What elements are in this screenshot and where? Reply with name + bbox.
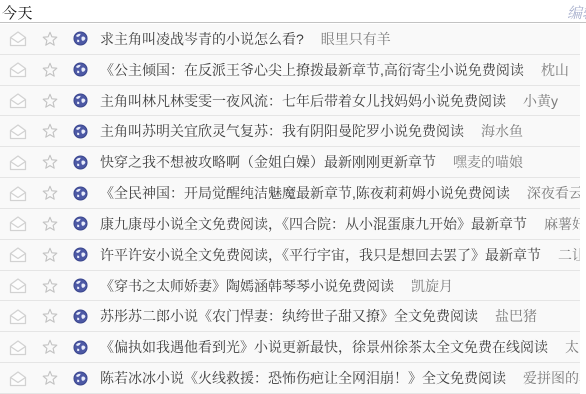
entry-title[interactable]: 《公主倾国：在反派王爷心尖上撩拨最新章节,高衍寄尘小说免费阅读 [100, 60, 524, 80]
history-row[interactable]: 《公主倾国：在反派王爷心尖上撩拨最新章节,高衍寄尘小说免费阅读 枕山 [0, 55, 580, 86]
envelope-icon [8, 370, 28, 387]
entry-author: 太阳的小 [565, 337, 580, 357]
entry-author: 眼里只有羊 [321, 29, 391, 49]
envelope-icon [8, 61, 28, 78]
star-icon[interactable] [42, 370, 58, 386]
star-icon[interactable] [42, 93, 58, 109]
globe-icon [73, 124, 88, 139]
entry-title[interactable]: 快穿之我不想被攻略啊（金姐白嬠）最新刚刚更新章节 [100, 152, 436, 172]
history-row[interactable]: 快穿之我不想被攻略啊（金姐白嬠）最新刚刚更新章节 嘿麦的喵娘 [0, 147, 580, 178]
star-icon[interactable] [42, 339, 58, 355]
history-header: 今天 编辑 [0, 0, 586, 23]
globe-icon [73, 278, 88, 293]
entry-title[interactable]: 《偏执如我遇他看到光》小说更新最快，徐景州徐茶太全文免费在线阅读 [100, 337, 548, 357]
envelope-icon [8, 246, 28, 263]
globe-icon [73, 340, 88, 355]
entry-title[interactable]: 苏彤苏二郎小说《农门悍妻：纨绔世子甜又撩》全文免费阅读 [100, 306, 478, 326]
star-icon[interactable] [42, 123, 58, 139]
envelope-icon [8, 308, 28, 325]
star-icon[interactable] [42, 185, 58, 201]
entry-author: 深夜看云 [527, 183, 580, 203]
globe-icon [73, 309, 88, 324]
history-row[interactable]: 《穿书之太师娇妻》陶嫣涵韩琴琴小说免费阅读 凯旋月 [0, 271, 580, 302]
envelope-icon [8, 277, 28, 294]
entry-title[interactable]: 康九康母小说全文免费阅读，《四合院：从小混蛋康九开始》最新章节 [100, 214, 527, 234]
entry-author: 嘿麦的喵娘 [453, 152, 523, 172]
star-icon[interactable] [42, 216, 58, 232]
history-row[interactable]: 《偏执如我遇他看到光》小说更新最快，徐景州徐茶太全文免费在线阅读 太阳的小 [0, 332, 580, 363]
envelope-icon [8, 185, 28, 202]
history-row[interactable]: 苏彤苏二郎小说《农门悍妻：纨绔世子甜又撩》全文免费阅读 盐巴猪 [0, 301, 580, 332]
history-row[interactable]: 主角叫苏明关宜欣灵气复苏：我有阴阳曼陀罗小说免费阅读 海水鱼 [0, 116, 580, 147]
globe-icon [73, 371, 88, 386]
star-icon[interactable] [42, 31, 58, 47]
history-panel: 今天 编辑 [0, 0, 586, 394]
entry-author: 二让 [558, 245, 580, 265]
section-title-today: 今天 [2, 2, 33, 23]
history-row[interactable]: 许平许安小说全文免费阅读，《平行宇宙，我只是想回去罢了》最新章节 二让 [0, 240, 580, 271]
globe-icon [73, 93, 88, 108]
star-icon[interactable] [42, 278, 58, 294]
entry-title[interactable]: 主角叫林凡林雯雯一夜风流：七年后带着女儿找妈妈小说免费阅读 [100, 91, 506, 111]
entry-author: 小黄y [523, 91, 558, 111]
entry-author: 海水鱼 [481, 121, 523, 141]
star-icon[interactable] [42, 308, 58, 324]
history-row[interactable]: 主角叫林凡林雯雯一夜风流：七年后带着女儿找妈妈小说免费阅读 小黄y [0, 86, 580, 117]
history-row[interactable]: 陈若冰冰小说《火线救援：恐怖伤疤让全网泪崩！》全文免费阅读 爱拼图的小车 [0, 363, 580, 394]
globe-icon [73, 155, 88, 170]
globe-icon [73, 186, 88, 201]
history-list: 求主角叫凌战岑青的小说怎么看? 眼里只有羊 [0, 24, 580, 394]
globe-icon [73, 216, 88, 231]
star-icon[interactable] [42, 62, 58, 78]
globe-icon [73, 62, 88, 77]
envelope-icon [8, 339, 28, 356]
history-row[interactable]: 康九康母小说全文免费阅读，《四合院：从小混蛋康九开始》最新章节 麻薯好黑 [0, 209, 580, 240]
edit-link[interactable]: 编辑 [567, 2, 586, 23]
star-icon[interactable] [42, 247, 58, 263]
entry-title[interactable]: 许平许安小说全文免费阅读，《平行宇宙，我只是想回去罢了》最新章节 [100, 245, 541, 265]
entry-author: 爱拼图的小车 [523, 368, 580, 388]
entry-title[interactable]: 《全民神国：开局觉醒纯洁魅魔最新章节,陈夜莉莉姆小说免费阅读 [100, 183, 510, 203]
entry-title[interactable]: 主角叫苏明关宜欣灵气复苏：我有阴阳曼陀罗小说免费阅读 [100, 121, 464, 141]
entry-author: 麻薯好黑 [544, 214, 580, 234]
globe-icon [73, 247, 88, 262]
entry-title[interactable]: 陈若冰冰小说《火线救援：恐怖伤疤让全网泪崩！》全文免费阅读 [100, 368, 506, 388]
entry-title[interactable]: 求主角叫凌战岑青的小说怎么看? [100, 29, 304, 49]
entry-author: 枕山 [541, 60, 569, 80]
entry-author: 盐巴猪 [495, 306, 537, 326]
globe-icon [73, 31, 88, 46]
star-icon[interactable] [42, 154, 58, 170]
envelope-icon [8, 30, 28, 47]
history-row[interactable]: 求主角叫凌战岑青的小说怎么看? 眼里只有羊 [0, 24, 580, 55]
entry-author: 凯旋月 [411, 276, 453, 296]
envelope-icon [8, 92, 28, 109]
history-row[interactable]: 《全民神国：开局觉醒纯洁魅魔最新章节,陈夜莉莉姆小说免费阅读 深夜看云 [0, 178, 580, 209]
entry-title[interactable]: 《穿书之太师娇妻》陶嫣涵韩琴琴小说免费阅读 [100, 276, 394, 296]
envelope-icon [8, 123, 28, 140]
envelope-icon [8, 154, 28, 171]
envelope-icon [8, 215, 28, 232]
